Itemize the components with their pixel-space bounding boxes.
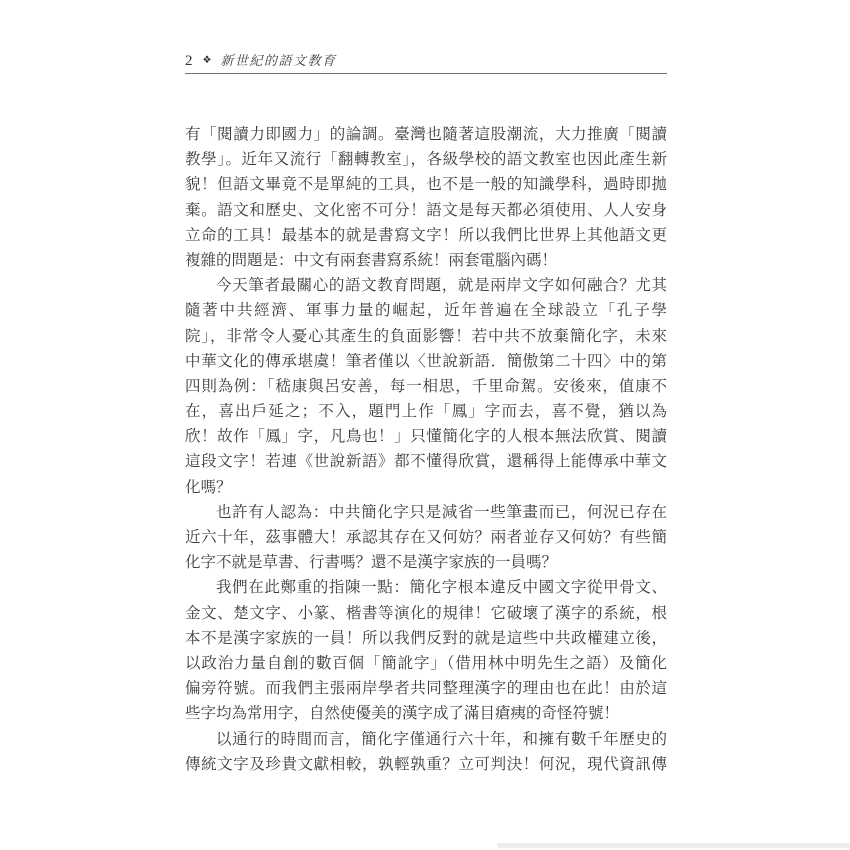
running-title: 新世紀的語文教育	[220, 53, 336, 68]
paragraph-4: 我們在此鄭重的指陳一點：簡化字根本違反中國文字從甲骨文、 金文、楚文字、小篆、楷…	[185, 575, 667, 726]
text-line: 院」，非常令人憂心其產生的負面影響！若中共不放棄簡化字，未來	[185, 324, 667, 349]
text-line: 欣！故作「鳳」字，凡鳥也！」只懂簡化字的人根本無法欣賞、閱讀	[185, 424, 667, 449]
text-line: 立命的工具！最基本的就是書寫文字！所以我們比世界上其他語文更	[185, 223, 667, 248]
text-line: 以政治力量自創的數百個「簡訛字」（借用林中明先生之語）及簡化	[185, 651, 667, 676]
text-line: 有「閱讀力即國力」的論調。臺灣也隨著這股潮流，大力推廣「閱讀	[185, 122, 667, 147]
text-line: 棄。語文和歷史、文化密不可分！語文是每天都必須使用、人人安身	[185, 198, 667, 223]
paragraph-3: 也許有人認為：中共簡化字只是減省一些筆畫而已，何況已存在 近六十年，茲事體大！承…	[185, 500, 667, 576]
paragraph-2: 今天筆者最關心的語文教育問題，就是兩岸文字如何融合？尤其 隨著中共經濟、軍事力量…	[185, 273, 667, 500]
text-line: 在，喜出戶延之；不入，題門上作「鳳」字而去，喜不覺，猶以為	[185, 399, 667, 424]
text-line: 我們在此鄭重的指陳一點：簡化字根本違反中國文字從甲骨文、	[185, 575, 667, 600]
text-line: 金文、楚文字、小篆、楷書等演化的規律！它破壞了漢字的系統，根	[185, 601, 667, 626]
text-line: 教學」。近年又流行「翻轉教室」，各級學校的語文教室也因此產生新	[185, 147, 667, 172]
text-line: 隨著中共經濟、軍事力量的崛起，近年普遍在全球設立「孔子學	[185, 298, 667, 323]
text-line: 本不是漢字家族的一員！所以我們反對的就是這些中共政權建立後，	[185, 626, 667, 651]
text-line: 也許有人認為：中共簡化字只是減省一些筆畫而已，何況已存在	[185, 500, 667, 525]
text-line: 化嗎？	[185, 475, 667, 500]
body-text: 有「閱讀力即國力」的論調。臺灣也隨著這股潮流，大力推廣「閱讀 教學」。近年又流行…	[185, 122, 667, 777]
text-line: 這段文字！若連《世說新語》都不懂得欣賞，還稱得上能傳承中華文	[185, 449, 667, 474]
text-line: 四則為例：「嵇康與呂安善，每一相思，千里命駕。安後來，值康不	[185, 374, 667, 399]
running-header: 2❖新世紀的語文教育	[185, 50, 667, 74]
header-rule	[185, 73, 667, 74]
paragraph-5: 以通行的時間而言，簡化字僅通行六十年，和擁有數千年歷史的 傳統文字及珍貴文獻相較…	[185, 727, 667, 777]
text-line: 中華文化的傳承堪虞！筆者僅以〈世說新語．簡傲第二十四〉中的第	[185, 349, 667, 374]
text-line: 些字均為常用字，自然使優美的漢字成了滿目瘡痍的奇怪符號！	[185, 701, 667, 726]
book-page: 2❖新世紀的語文教育 有「閱讀力即國力」的論調。臺灣也隨著這股潮流，大力推廣「閱…	[0, 0, 850, 850]
page-number: 2	[185, 53, 193, 69]
diamond-ornament-icon: ❖	[203, 55, 212, 66]
text-line: 複雜的問題是：中文有兩套書寫系統！兩套電腦內碼！	[185, 248, 667, 273]
text-line: 偏旁符號。而我們主張兩岸學者共同整理漢字的理由也在此！由於這	[185, 676, 667, 701]
text-line: 近六十年，茲事體大！承認其存在又何妨？兩者並存又何妨？有些簡	[185, 525, 667, 550]
text-line: 以通行的時間而言，簡化字僅通行六十年，和擁有數千年歷史的	[185, 727, 667, 752]
paragraph-1: 有「閱讀力即國力」的論調。臺灣也隨著這股潮流，大力推廣「閱讀 教學」。近年又流行…	[185, 122, 667, 273]
text-line: 化字不就是草書、行書嗎？還不是漢字家族的一員嗎？	[185, 550, 667, 575]
text-line: 傳統文字及珍貴文獻相較，孰輕孰重？立可判決！何況，現代資訊傳	[185, 752, 667, 777]
scan-artifact-line	[497, 843, 850, 848]
text-line: 今天筆者最關心的語文教育問題，就是兩岸文字如何融合？尤其	[185, 273, 667, 298]
text-line: 貌！但語文畢竟不是單純的工具，也不是一般的知識學科，過時即拋	[185, 172, 667, 197]
